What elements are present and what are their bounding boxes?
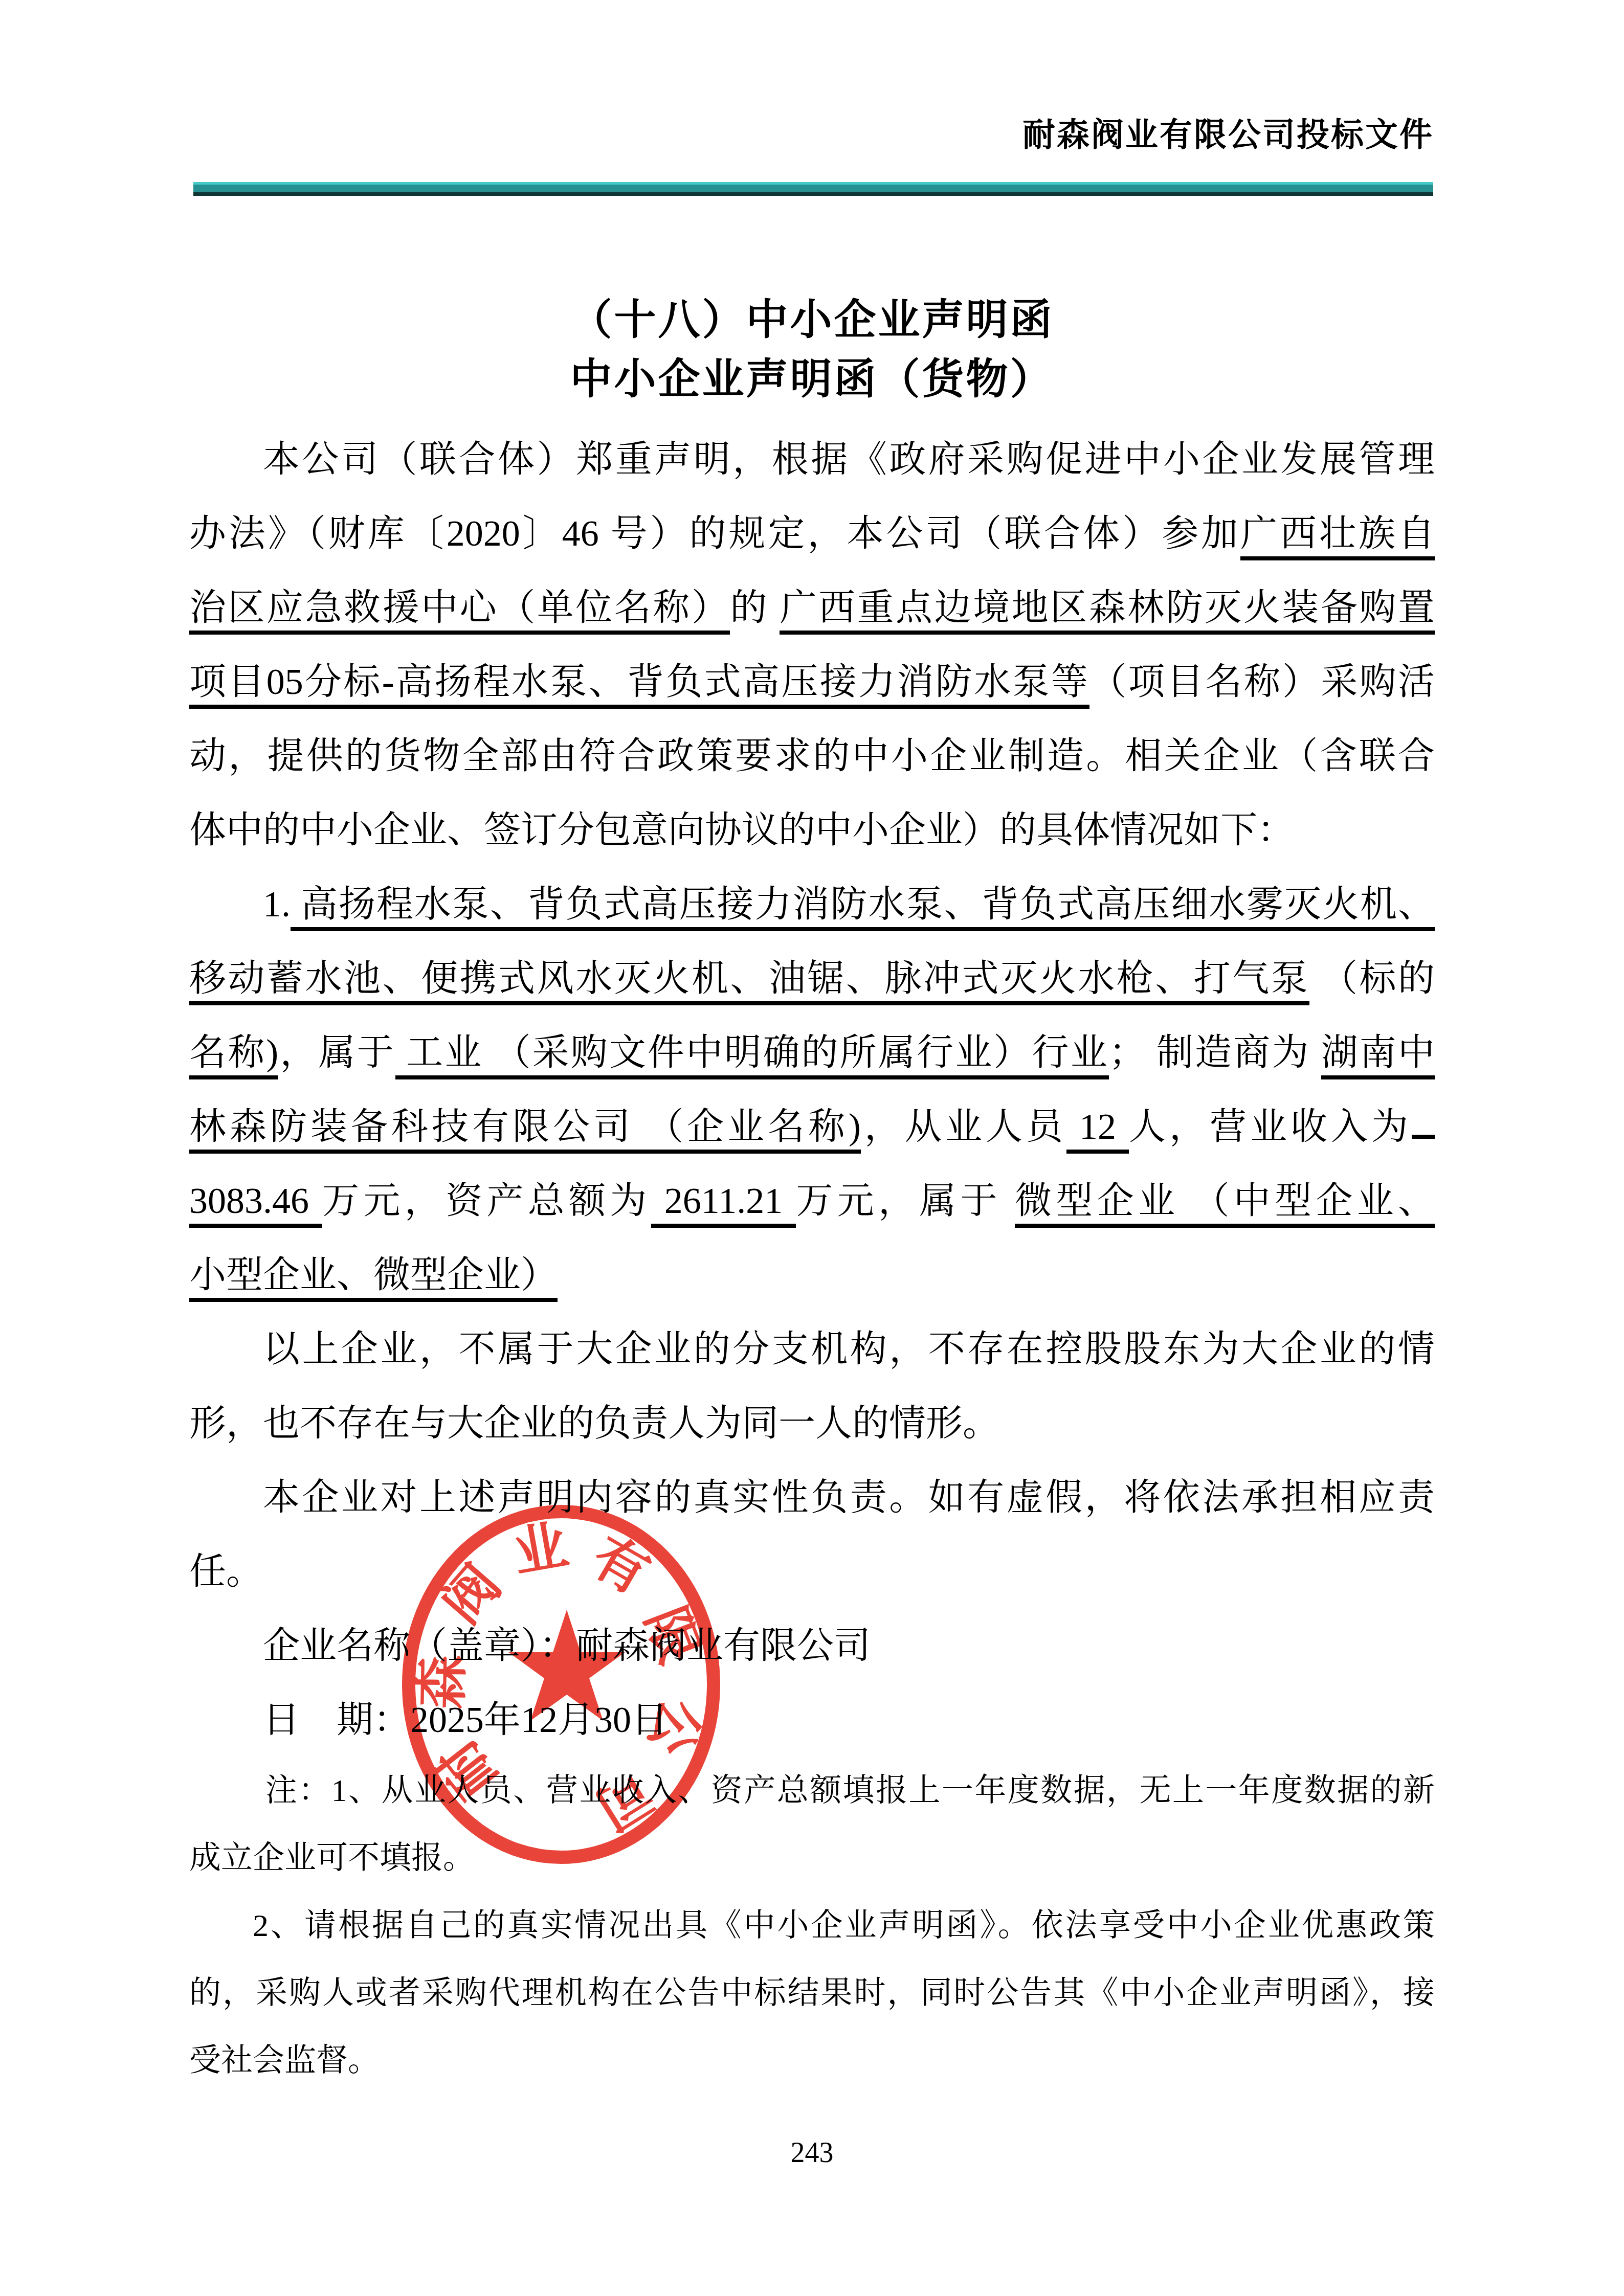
declaration-body: 本公司（联合体）郑重声明，根据《政府采购促进中小企业发展管理办法》（财库〔202…	[189, 422, 1435, 2095]
doc-line-4: 项目05分标-高扬程水泵、背负式高压接力消防水泵等（项目名称）采购活	[189, 645, 1435, 719]
text-segment: 任。	[189, 1551, 263, 1592]
text-segment: ，从业人员	[861, 1106, 1066, 1147]
text-segment: 2、请根据自己的真实情况出具《中小企业声明函》。依法享受中小企业优惠政策	[253, 1908, 1435, 1943]
text-segment: 企业名称（盖章）：耐森阀业有限公司	[263, 1625, 871, 1666]
doc-line-11: 3083.46 万元，资产总额为 2611.21 万元，属于 微型企业 （中型企…	[189, 1164, 1435, 1238]
page-number: 243	[0, 2136, 1624, 2169]
underlined-text: 高扬程水泵、背负式高压接力消防水泵、背负式高压细水雾灭火机、	[291, 884, 1435, 931]
underlined-text: 移动蓄水池、便携式风水灭火机、油锯、脉冲式灭火水枪、打气泵	[189, 958, 1309, 1005]
underlined-text: 湖南中	[1321, 1032, 1435, 1079]
underlined-blank	[1412, 1095, 1435, 1139]
doc-line-13: 以上企业，不属于大企业的分支机构，不存在控股股东为大企业的情	[189, 1312, 1435, 1386]
underlined-text: 2611.21	[651, 1180, 796, 1228]
text-segment: 体中的中小企业、签订分包意向协议的中小企业）的具体情况如下：	[189, 809, 1294, 850]
doc-line-7: 1. 高扬程水泵、背负式高压接力消防水泵、背负式高压细水雾灭火机、	[189, 867, 1435, 941]
doc-line-2: 办法》（财库〔2020〕46 号）的规定，本公司（联合体）参加广西壮族自	[189, 497, 1435, 571]
underlined-text: 工业 （采购文件中明确的所属行业）行业	[395, 1032, 1109, 1079]
underlined-text: 小型企业、微型企业）	[189, 1254, 558, 1302]
document-header-title: 耐森阀业有限公司投标文件	[1022, 108, 1434, 155]
underlined-text: 林森防装备科技有限公司 （企业名称)	[189, 1106, 861, 1154]
text-segment: 办法》（财库〔2020〕46 号）的规定，本公司（联合体）参加	[189, 513, 1240, 554]
doc-line-9: 名称)，属于 工业 （采购文件中明确的所属行业）行业； 制造商为 湖南中	[189, 1016, 1435, 1090]
underlined-text: 广西壮族自	[1240, 513, 1435, 560]
doc-line-21: 2、请根据自己的真实情况出具《中小企业声明函》。依法享受中小企业优惠政策	[189, 1892, 1435, 1960]
text-segment: 1.	[263, 884, 291, 925]
doc-line-18: 日 期：2025年12月30日	[189, 1683, 1435, 1757]
declaration-title: 中小企业声明函（货物）	[0, 350, 1624, 409]
doc-line-22: 的，采购人或者采购代理机构在公告中标结果时，同时公告其《中小企业声明函》，接	[189, 1960, 1435, 2027]
text-segment: 日 期：2025年12月30日	[263, 1699, 668, 1740]
underlined-text: 微型企业 （中型企业、	[1015, 1180, 1435, 1228]
doc-line-10: 林森防装备科技有限公司 （企业名称)，从业人员 12 人，营业收入为	[189, 1090, 1435, 1164]
text-segment: 人，营业收入为	[1129, 1106, 1412, 1147]
text-segment: （项目名称）采购活	[1089, 661, 1435, 702]
text-segment: ； 制造商为	[1109, 1032, 1321, 1073]
header-rule	[193, 182, 1433, 196]
text-segment: 本公司（联合体）郑重声明，根据《政府采购促进中小企业发展管理	[263, 439, 1435, 480]
doc-line-17: 企业名称（盖章）：耐森阀业有限公司	[189, 1609, 1435, 1683]
text-segment: ，属于	[278, 1032, 395, 1073]
text-segment: 的，采购人或者采购代理机构在公告中标结果时，同时公告其《中小企业声明函》，接	[189, 1976, 1435, 2011]
text-segment: 的	[730, 587, 780, 628]
underlined-text: 3083.46	[189, 1180, 322, 1228]
underlined-text: 治区应急救援中心（单位名称）	[189, 587, 730, 635]
doc-line-6: 体中的中小企业、签订分包意向协议的中小企业）的具体情况如下：	[189, 793, 1435, 867]
text-segment: 受社会监督。	[189, 2043, 380, 2078]
underlined-text: 项目05分标-高扬程水泵、背负式高压接力消防水泵等	[189, 661, 1089, 709]
doc-line-20: 成立企业可不填报。	[189, 1825, 1435, 1892]
doc-line-15: 本企业对上述声明内容的真实性负责。如有虚假，将依法承担相应责	[189, 1460, 1435, 1535]
text-segment: 成立企业可不填报。	[189, 1841, 475, 1876]
doc-line-23: 受社会监督。	[189, 2027, 1435, 2095]
doc-line-19: 注：1、从业人员、营业收入、资产总额填报上一年度数据，无上一年度数据的新	[189, 1757, 1435, 1825]
text-segment: 以上企业，不属于大企业的分支机构，不存在控股股东为大企业的情	[263, 1329, 1435, 1369]
document-page: 耐森阀业有限公司投标文件 （十八）中小企业声明函 中小企业声明函（货物） 本公司…	[0, 0, 1624, 2296]
underlined-text: 名称)	[189, 1032, 278, 1079]
text-segment: 注：1、从业人员、营业收入、资产总额填报上一年度数据，无上一年度数据的新	[265, 1773, 1435, 1808]
doc-line-12: 小型企业、微型企业）	[189, 1238, 1435, 1312]
section-title: （十八）中小企业声明函	[0, 290, 1624, 350]
title-block: （十八）中小企业声明函 中小企业声明函（货物）	[0, 290, 1624, 409]
doc-line-5: 动，提供的货物全部由符合政策要求的中小企业制造。相关企业（含联合	[189, 719, 1435, 793]
doc-line-3: 治区应急救援中心（单位名称）的 广西重点边境地区森林防灭火装备购置	[189, 571, 1435, 645]
text-segment: 形，也不存在与大企业的负责人为同一人的情形。	[189, 1403, 999, 1444]
text-segment: 动，提供的货物全部由符合政策要求的中小企业制造。相关企业（含联合	[189, 735, 1435, 776]
doc-line-1: 本公司（联合体）郑重声明，根据《政府采购促进中小企业发展管理	[189, 422, 1435, 497]
doc-line-8: 移动蓄水池、便携式风水灭火机、油锯、脉冲式灭火水枪、打气泵 （标的	[189, 941, 1435, 1016]
text-segment: 万元，资产总额为	[322, 1180, 651, 1221]
text-segment: 万元，属于	[796, 1180, 1015, 1221]
doc-line-16: 任。	[189, 1535, 1435, 1609]
text-segment: 本企业对上述声明内容的真实性负责。如有虚假，将依法承担相应责	[263, 1477, 1435, 1518]
underlined-text: 12	[1066, 1106, 1129, 1154]
text-segment: （标的	[1309, 958, 1435, 999]
underlined-text: 广西重点边境地区森林防灭火装备购置	[780, 587, 1434, 635]
doc-line-14: 形，也不存在与大企业的负责人为同一人的情形。	[189, 1386, 1435, 1460]
